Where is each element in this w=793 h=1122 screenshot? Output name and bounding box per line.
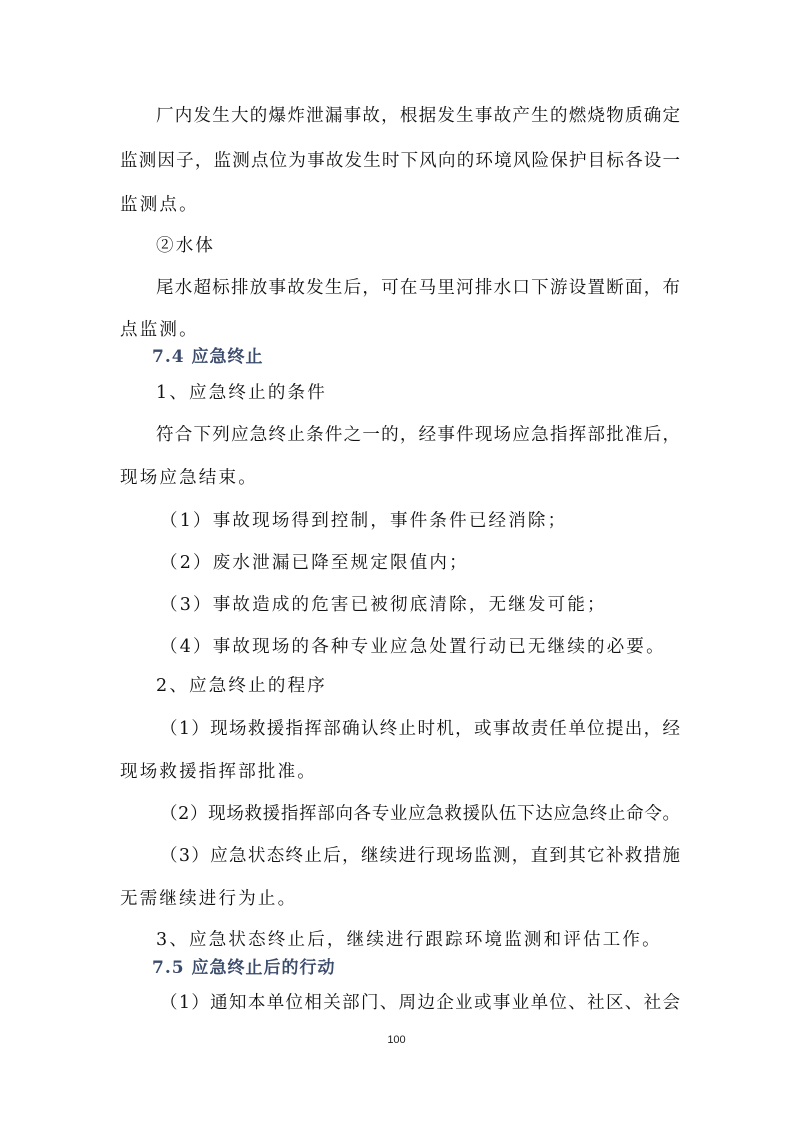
procedure-item: 现场救援指挥部批准。: [120, 761, 680, 783]
action-item: （1）通知本单位相关部门、周边企业或事业单位、社区、社会: [160, 992, 680, 1014]
subsection-title: 1、应急终止的条件: [156, 382, 680, 404]
section-heading-7-4: 7.4 应急终止: [152, 346, 264, 368]
condition-item: （1）事故现场得到控制，事件条件已经消除；: [160, 510, 680, 532]
paragraph-line: 点监测。: [120, 319, 680, 341]
procedure-item: （3）应急状态终止后，继续进行现场监测，直到其它补救措施: [160, 845, 680, 867]
procedure-item: （2）现场救援指挥部向各专业应急救援队伍下达应急终止命令。: [160, 803, 680, 825]
page-number: 100: [0, 1034, 793, 1046]
subheading-water-body: ②水体: [156, 235, 680, 257]
condition-item: （2）废水泄漏已降至规定限值内；: [160, 552, 680, 574]
procedure-item: 无需继续进行为止。: [120, 888, 680, 910]
paragraph-line: 厂内发生大的爆炸泄漏事故，根据发生事故产生的燃烧物质确定: [156, 105, 680, 127]
subsection-text: 3、应急状态终止后，继续进行跟踪环境监测和评估工作。: [156, 929, 680, 951]
subsection-title: 2、应急终止的程序: [156, 675, 680, 697]
section-heading-7-5: 7.5 应急终止后的行动: [152, 957, 336, 979]
paragraph-line: 监测点。: [120, 194, 680, 216]
paragraph-line: 现场应急结束。: [120, 467, 680, 489]
document-page: 厂内发生大的爆炸泄漏事故，根据发生事故产生的燃烧物质确定 监测因子，监测点位为事…: [0, 0, 793, 1122]
condition-item: （4）事故现场的各种专业应急处置行动已无继续的必要。: [160, 636, 680, 658]
condition-item: （3）事故造成的危害已被彻底清除，无继发可能；: [160, 594, 680, 616]
paragraph-line: 监测因子，监测点位为事故发生时下风向的环境风险保护目标各设一: [120, 150, 680, 172]
paragraph-line: 尾水超标排放事故发生后，可在马里河排水口下游设置断面，布: [156, 277, 680, 299]
paragraph-line: 符合下列应急终止条件之一的，经事件现场应急指挥部批准后，: [156, 424, 680, 446]
procedure-item: （1）现场救援指挥部确认终止时机，或事故责任单位提出，经: [160, 718, 680, 740]
